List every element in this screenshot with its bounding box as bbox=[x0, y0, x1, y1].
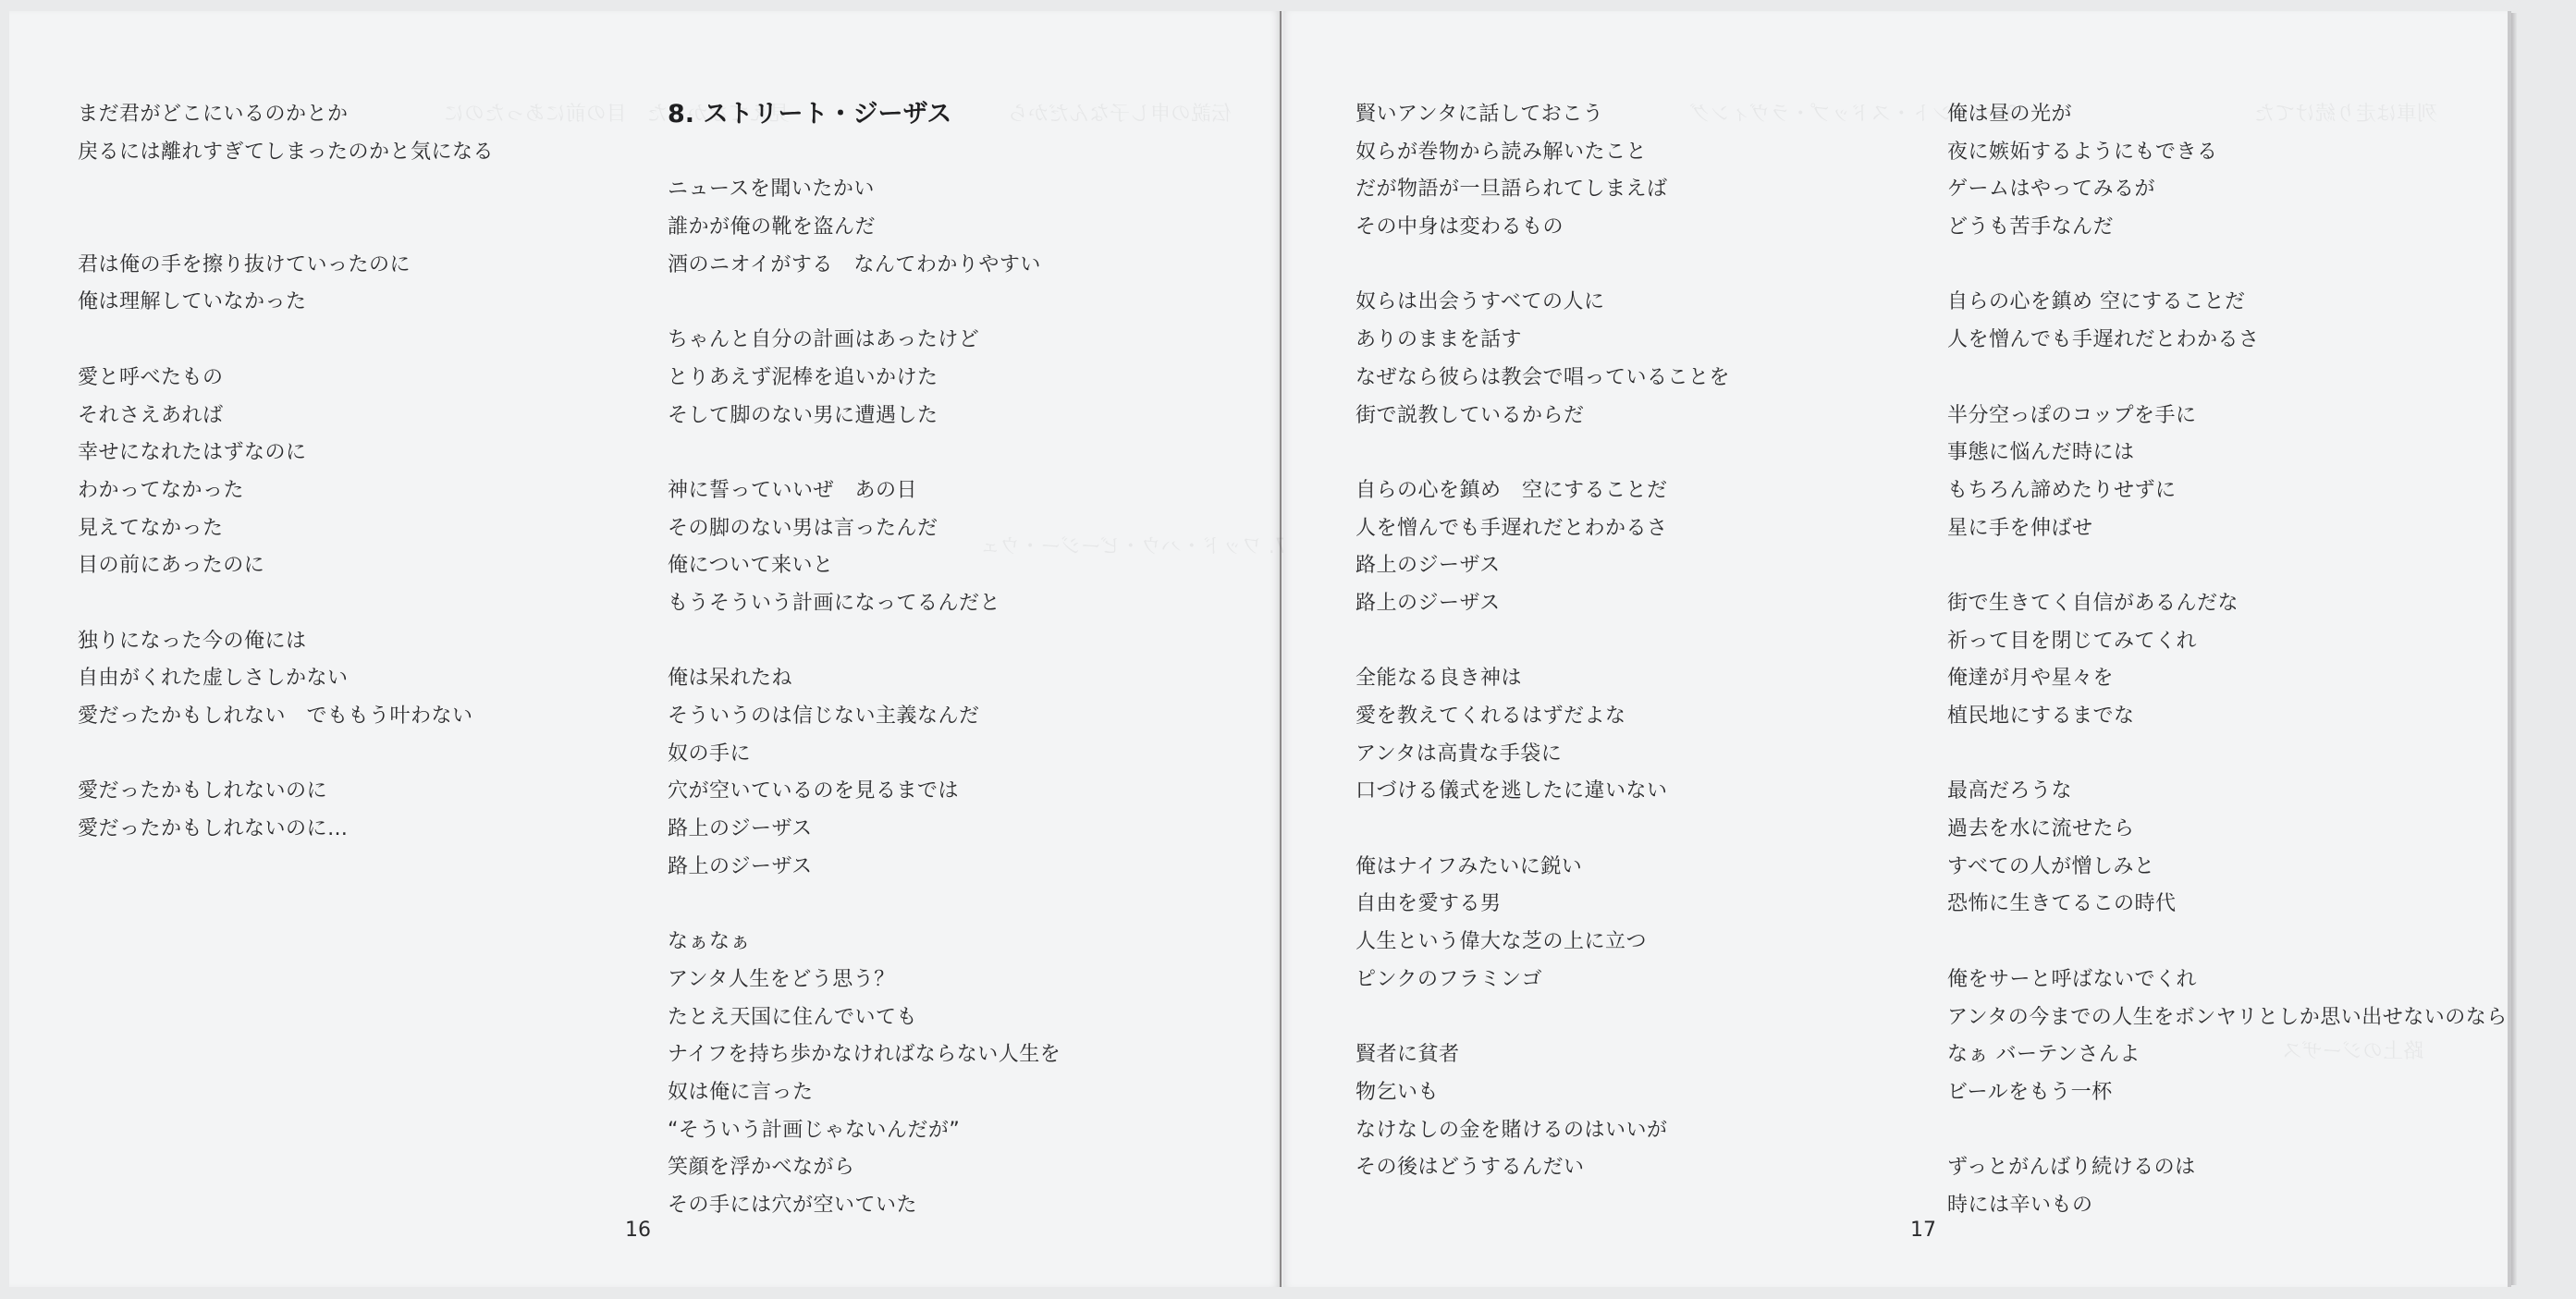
lyric-line: 奴は俺に言った bbox=[668, 1074, 1061, 1112]
lyric-line: 口づける儀式を逃したに違いない bbox=[1355, 773, 1730, 811]
stanza-break bbox=[668, 623, 1061, 661]
lyric-line: 誰かが俺の靴を盗んだ bbox=[668, 209, 1061, 247]
lyric-line: その後はどうするんだい bbox=[1355, 1149, 1730, 1187]
stanza-break bbox=[1355, 623, 1730, 661]
lyric-line: 俺は昼の光が bbox=[1947, 96, 2508, 134]
booklet-spread: 見えてなかった 目の前にあったのに 伝説の申し子なんだから 7. ワッド・ハウ・… bbox=[0, 0, 2576, 1299]
lyric-line: ピンクのフラミンゴ bbox=[1355, 962, 1730, 999]
lyric-line: 見えてなかった bbox=[78, 510, 494, 548]
right-page: 9. チャント・スドップ・ラヴィング 列車は走り続けてた 路上のジーザス 賢いア… bbox=[1283, 11, 2511, 1287]
lyric-line: 俺について来いと bbox=[668, 547, 1061, 585]
lyric-line: 酒のニオイがする なんてわかりやすい bbox=[668, 247, 1061, 285]
lyric-line: 自由がくれた虚しさしかない bbox=[78, 660, 494, 698]
lyric-line: なぁなぁ bbox=[668, 924, 1061, 962]
lyric-line: 幸せになれたはずなのに bbox=[78, 435, 494, 472]
lyric-line: 自らの心を鎮め 空にすることだ bbox=[1355, 472, 1730, 510]
lyric-line: 自らの心を鎮め 空にすることだ bbox=[1947, 284, 2508, 322]
page-edge-shadow bbox=[2511, 13, 2517, 1285]
lyric-line: アンタの今までの人生をボンヤリとしか思い出せないのなら bbox=[1947, 999, 2508, 1037]
lyric-line: 目の前にあったのに bbox=[78, 547, 494, 585]
lyric-line: 路上のジーザス bbox=[668, 849, 1061, 887]
lyric-line: 愛だったかもしれないのに bbox=[78, 773, 494, 811]
lyric-line: なけなしの金を賭けるのはいいが bbox=[1355, 1112, 1730, 1150]
lyrics-column-2: 8. ストリート・ジーザス ニュースを聞いたかい 誰かが俺の靴を盗んだ 酒のニオ… bbox=[668, 96, 1061, 1225]
lyric-line: 笑顔を浮かべながら bbox=[668, 1149, 1061, 1187]
lyric-line: 路上のジーザス bbox=[1355, 547, 1730, 585]
lyric-line: 街で説教しているからだ bbox=[1355, 398, 1730, 435]
lyric-line: どうも苦手なんだ bbox=[1947, 209, 2508, 247]
stanza-break bbox=[78, 736, 494, 774]
lyric-line: 奴らは出会うすべての人に bbox=[1355, 284, 1730, 322]
lyric-line: その手には穴が空いていた bbox=[668, 1187, 1061, 1225]
lyric-line: 愛だったかもしれないのに… bbox=[78, 811, 494, 849]
lyric-line: 物乞いも bbox=[1355, 1074, 1730, 1112]
lyric-line: 街で生きてく自信があるんだな bbox=[1947, 585, 2508, 623]
stanza-break bbox=[1947, 924, 2508, 962]
lyrics-column-4: 俺は昼の光が 夜に嫉妬するようにもできる ゲームはやってみるが どうも苦手なんだ… bbox=[1947, 96, 2508, 1225]
lyric-line: 賢者に貧者 bbox=[1355, 1036, 1730, 1074]
lyric-line: ナイフを持ち歩かなければならない人生を bbox=[668, 1036, 1061, 1074]
lyric-line: わかってなかった bbox=[78, 472, 494, 510]
lyric-line: その脚のない男は言ったんだ bbox=[668, 510, 1061, 548]
lyric-line: 愛だったかもしれない でももう叶わない bbox=[78, 698, 494, 736]
lyric-line: 奴らが巻物から読み解いたこと bbox=[1355, 134, 1730, 172]
lyric-line: 独りになった今の俺には bbox=[78, 623, 494, 661]
lyric-line: だが物語が一旦語られてしまえば bbox=[1355, 171, 1730, 209]
lyric-line: 自由を愛する男 bbox=[1355, 886, 1730, 924]
lyric-line: 俺をサーと呼ばないでくれ bbox=[1947, 962, 2508, 999]
lyric-line: 植民地にするまでな bbox=[1947, 698, 2508, 736]
lyric-line: すべての人が憎しみと bbox=[1947, 849, 2508, 887]
lyric-line: とりあえず泥棒を追いかけた bbox=[668, 360, 1061, 398]
lyric-line: 夜に嫉妬するようにもできる bbox=[1947, 134, 2508, 172]
lyric-line: アンタ人生をどう思う？ bbox=[668, 962, 1061, 999]
lyric-line: 愛を教えてくれるはずだよな bbox=[1355, 698, 1730, 736]
lyric-line: 路上のジーザス bbox=[668, 811, 1061, 849]
stanza-break bbox=[668, 435, 1061, 472]
lyric-line: 賢いアンタに話しておこう bbox=[1355, 96, 1730, 134]
stanza-break bbox=[78, 171, 494, 209]
lyric-line: たとえ天国に住んでいても bbox=[668, 999, 1061, 1037]
lyric-line: もうそういう計画になってるんだと bbox=[668, 585, 1061, 623]
lyric-line: その中身は変わるもの bbox=[1355, 209, 1730, 247]
lyric-line: 最高だろうな bbox=[1947, 773, 2508, 811]
lyric-line: ありのままを話す bbox=[1355, 322, 1730, 360]
lyric-line: アンタは高貴な手袋に bbox=[1355, 736, 1730, 774]
lyric-line: ゲームはやってみるが bbox=[1947, 171, 2508, 209]
stanza-break bbox=[668, 284, 1061, 322]
lyric-line: 俺はナイフみたいに鋭い bbox=[1355, 849, 1730, 887]
lyric-line: 戻るには離れすぎてしまったのかと気になる bbox=[78, 134, 494, 172]
lyric-line: まだ君がどこにいるのかとか bbox=[78, 96, 494, 134]
stanza-break bbox=[1355, 435, 1730, 472]
lyrics-column-1: まだ君がどこにいるのかとか 戻るには離れすぎてしまったのかと気になる 君は俺の手… bbox=[78, 96, 494, 849]
lyrics-column-3: 賢いアンタに話しておこう 奴らが巻物から読み解いたこと だが物語が一旦語られてし… bbox=[1355, 96, 1730, 1187]
lyric-line: 俺は理解していなかった bbox=[78, 284, 494, 322]
lyric-line: それさえあれば bbox=[78, 398, 494, 435]
lyric-line: 過去を水に流せたら bbox=[1947, 811, 2508, 849]
stanza-break bbox=[1355, 811, 1730, 849]
lyric-line: 半分空っぽのコップを手に bbox=[1947, 398, 2508, 435]
stanza-break bbox=[1947, 247, 2508, 285]
lyric-line: 事態に悩んだ時には bbox=[1947, 435, 2508, 472]
lyric-line: なぁ バーテンさんよ bbox=[1947, 1036, 2508, 1074]
lyric-line: ずっとがんばり続けるのは bbox=[1947, 1149, 2508, 1187]
stanza-break bbox=[1355, 247, 1730, 285]
lyric-line: ニュースを聞いたかい bbox=[668, 171, 1061, 209]
left-page: 見えてなかった 目の前にあったのに 伝説の申し子なんだから 7. ワッド・ハウ・… bbox=[9, 11, 1282, 1287]
stanza-break bbox=[78, 209, 494, 247]
lyric-line: 恐怖に生きてるこの時代 bbox=[1947, 886, 2508, 924]
lyric-line: 君は俺の手を擦り抜けていったのに bbox=[78, 247, 494, 285]
lyric-line: “そういう計画じゃないんだが” bbox=[668, 1112, 1061, 1150]
lyric-line: 全能なる良き神は bbox=[1355, 660, 1730, 698]
lyric-line: 路上のジーザス bbox=[1355, 585, 1730, 623]
stanza-break bbox=[1947, 736, 2508, 774]
page-number: 17 bbox=[1910, 1219, 1936, 1242]
lyric-line: 俺達が月や星々を bbox=[1947, 660, 2508, 698]
stanza-break bbox=[1947, 547, 2508, 585]
lyric-line: 時には辛いもの bbox=[1947, 1187, 2508, 1225]
lyric-line: 愛と呼べたもの bbox=[78, 360, 494, 398]
stanza-break bbox=[1947, 1112, 2508, 1150]
stanza-break bbox=[668, 886, 1061, 924]
stanza-break bbox=[1947, 360, 2508, 398]
lyric-line: なぜなら彼らは教会で唱っていることを bbox=[1355, 360, 1730, 398]
lyric-line: もちろん諦めたりせずに bbox=[1947, 472, 2508, 510]
lyric-line: ビールをもう一杯 bbox=[1947, 1074, 2508, 1112]
stanza-break bbox=[78, 322, 494, 360]
page-number: 16 bbox=[625, 1219, 651, 1242]
lyric-line: 奴の手に bbox=[668, 736, 1061, 774]
stanza-break bbox=[78, 585, 494, 623]
lyric-line: そういうのは信じない主義なんだ bbox=[668, 698, 1061, 736]
lyric-line: 人生という偉大な芝の上に立つ bbox=[1355, 924, 1730, 962]
lyric-line: 人を憎んでも手遅れだとわかるさ bbox=[1355, 510, 1730, 548]
lyric-line: そして脚のない男に遭遇した bbox=[668, 398, 1061, 435]
song-title: 8. ストリート・ジーザス bbox=[668, 96, 1061, 134]
lyric-line: 祈って目を閉じてみてくれ bbox=[1947, 623, 2508, 661]
lyric-line: 神に誓っていいぜ あの日 bbox=[668, 472, 1061, 510]
lyric-line: 人を憎んでも手遅れだとわかるさ bbox=[1947, 322, 2508, 360]
lyric-line: ちゃんと自分の計画はあったけど bbox=[668, 322, 1061, 360]
stanza-break bbox=[1355, 999, 1730, 1037]
lyric-line: 俺は呆れたね bbox=[668, 660, 1061, 698]
lyric-line: 星に手を伸ばせ bbox=[1947, 510, 2508, 548]
lyric-line: 穴が空いているのを見るまでは bbox=[668, 773, 1061, 811]
